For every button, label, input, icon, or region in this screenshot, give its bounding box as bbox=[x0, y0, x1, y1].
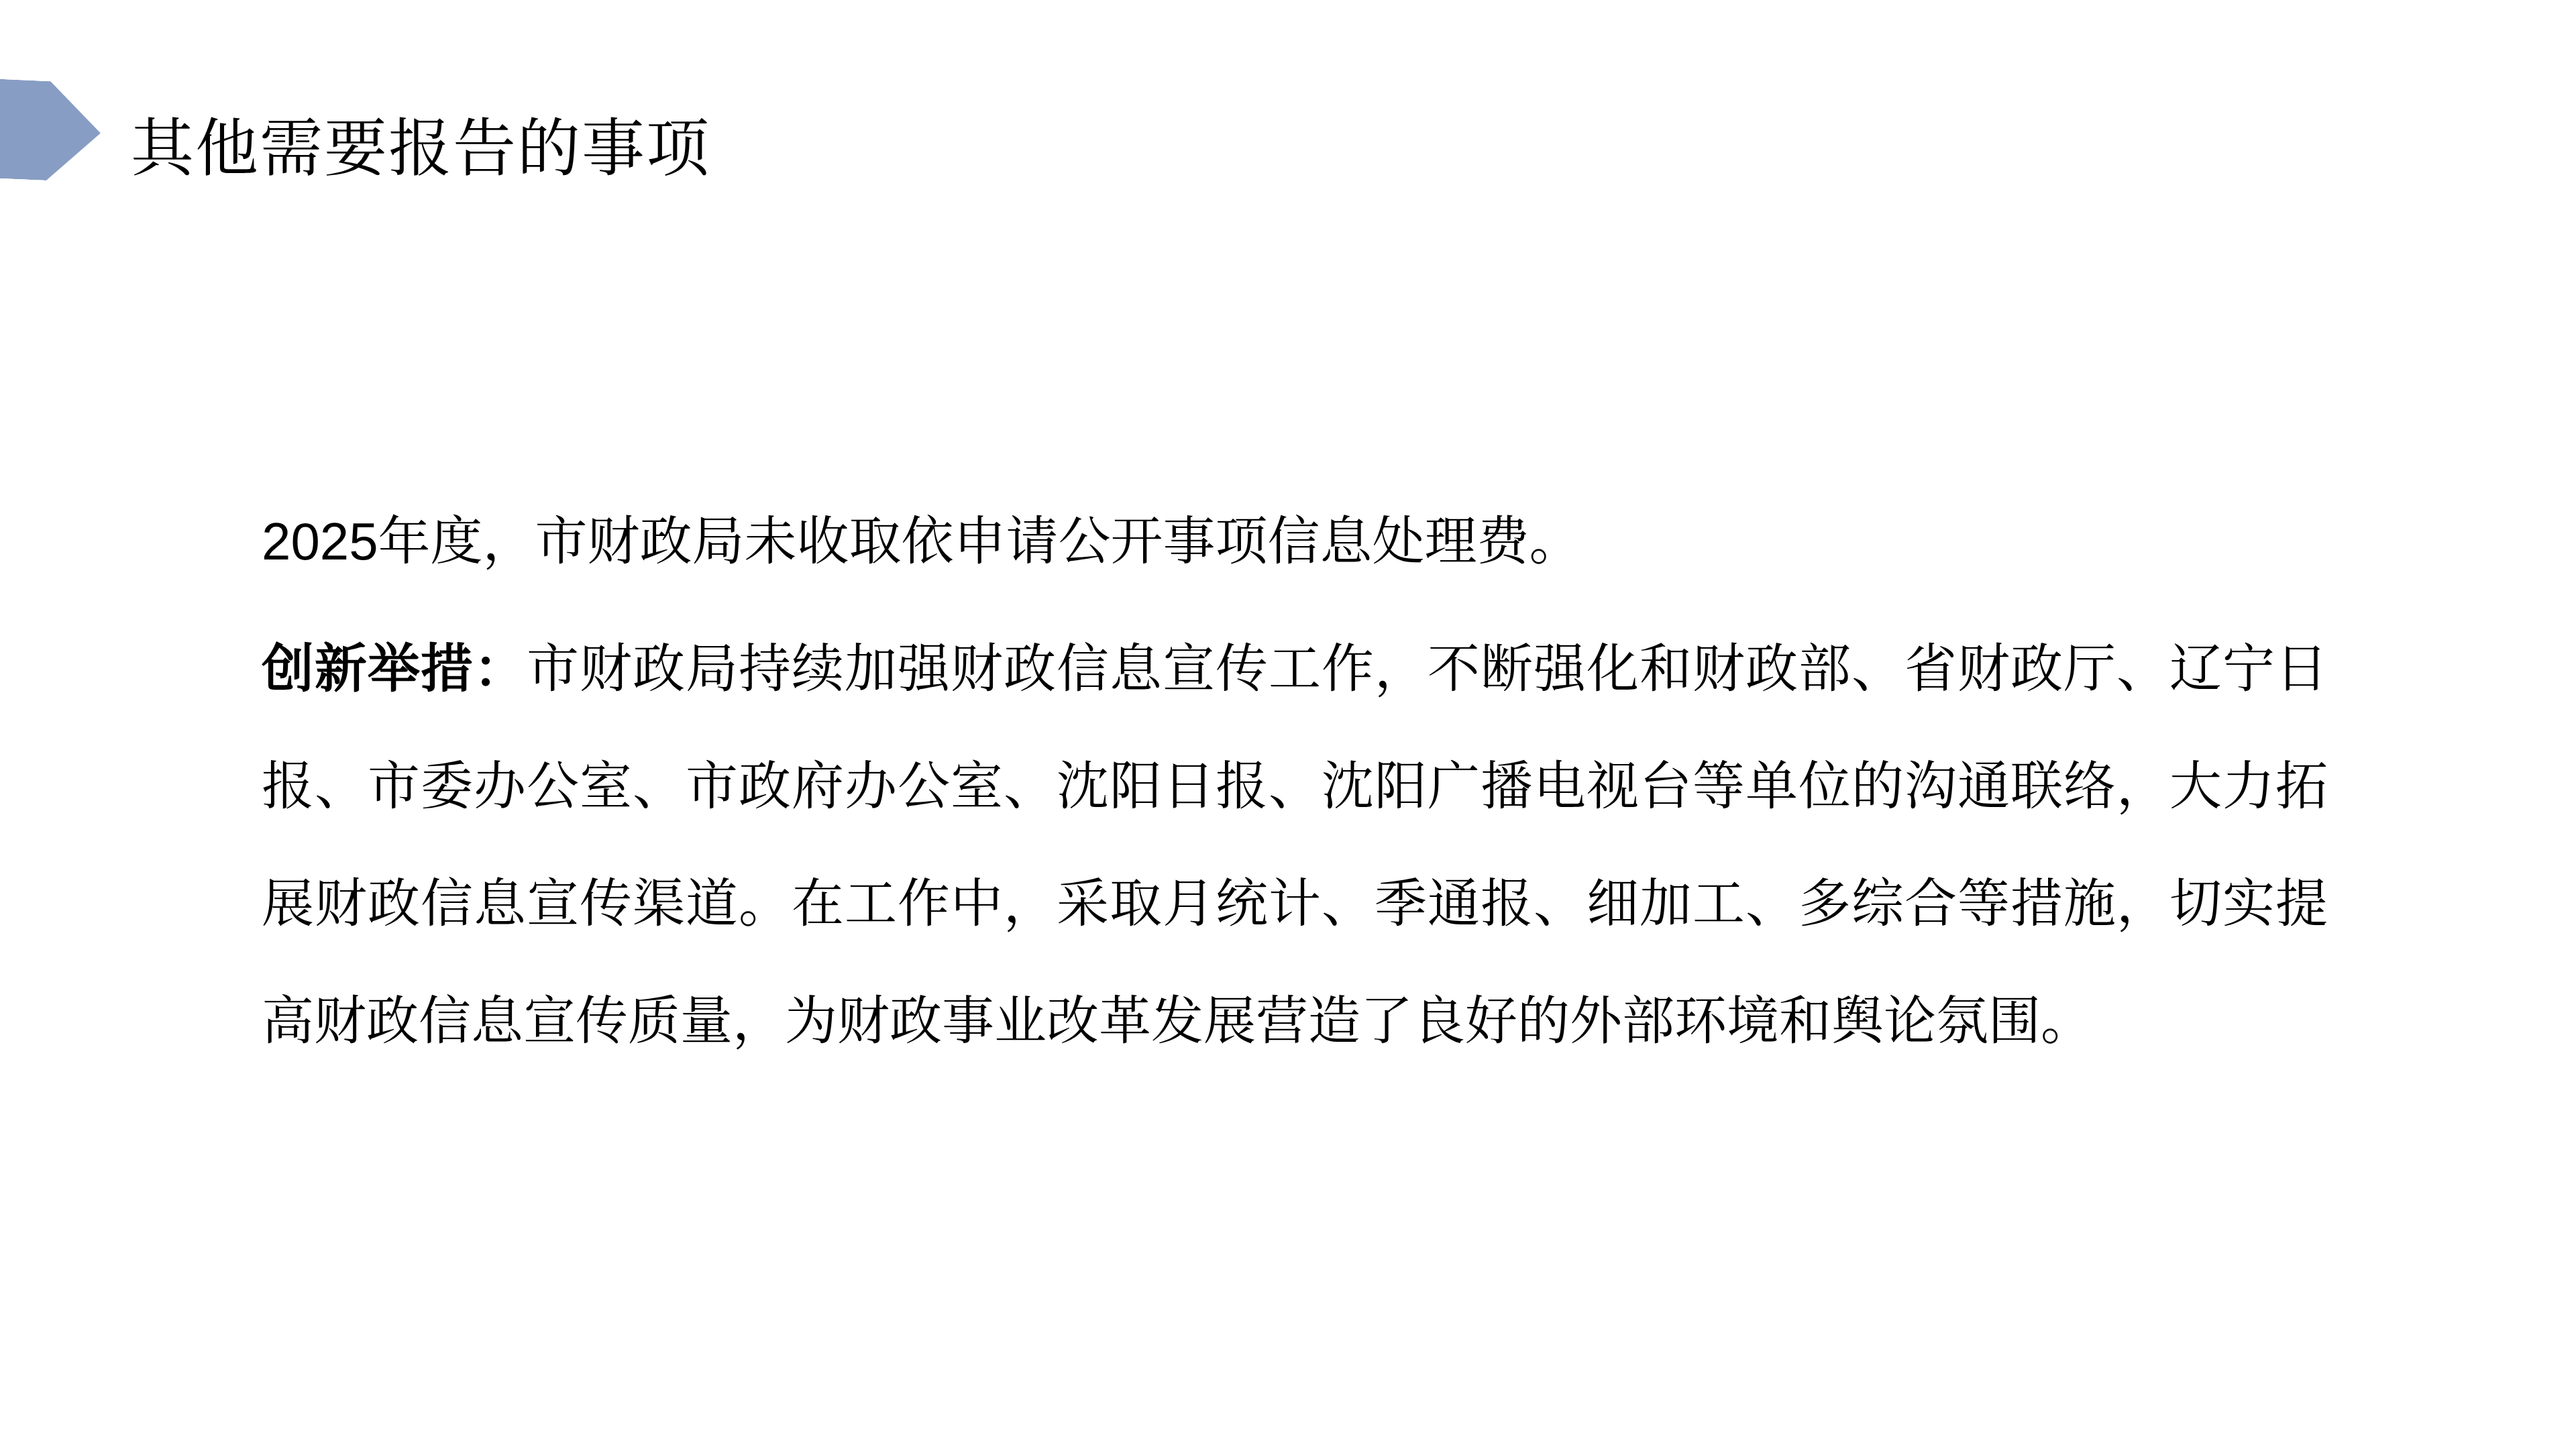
slide-title: 其他需要报告的事项 bbox=[131, 98, 710, 189]
paragraph-fee-statement: 2025年度，市财政局未收取依申请公开事项信息处理费。 bbox=[262, 483, 2328, 600]
title-arrow-icon bbox=[0, 78, 103, 183]
paragraph-body-text: 市财政局持续加强财政信息宣传工作，不断强化和财政部、省财政厅、辽宁日报、市委办公… bbox=[262, 639, 2328, 1051]
paragraph-lead-label: 创新举措： bbox=[262, 639, 527, 698]
presentation-slide: 其他需要报告的事项 2025年度，市财政局未收取依申请公开事项信息处理费。 创新… bbox=[0, 0, 2576, 1449]
paragraph-innovation-measures: 创新举措：市财政局持续加强财政信息宣传工作，不断强化和财政部、省财政厅、辽宁日报… bbox=[262, 610, 2328, 1080]
slide-body: 2025年度，市财政局未收取依申请公开事项信息处理费。 创新举措：市财政局持续加… bbox=[262, 483, 2328, 1080]
